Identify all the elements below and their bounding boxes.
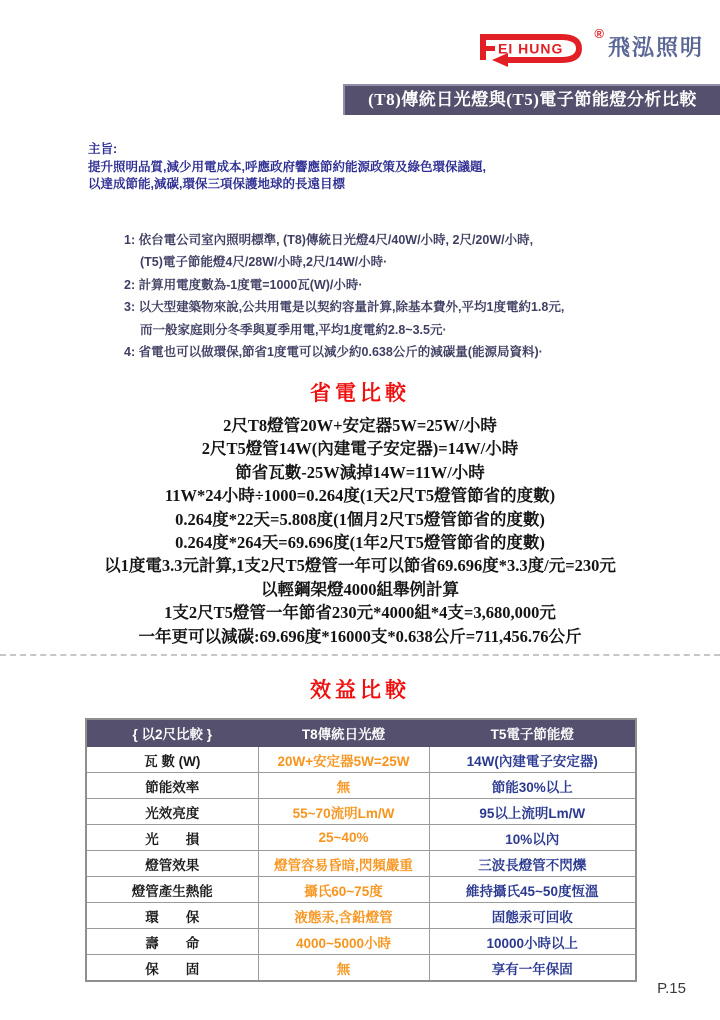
t8-value: 無: [258, 773, 429, 799]
t8-value: 20W+安定器5W=25W: [258, 747, 429, 773]
t8-value: 攝氏60~75度: [258, 877, 429, 903]
note-line: 4: 省電也可以做環保,節省1度電可以減少約0.638公斤的減碳量(能源局資料)…: [124, 341, 564, 363]
t5-value: 享有一年保固: [429, 955, 636, 982]
saving-line: 2尺T8燈管20W+安定器5W=25W/小時: [0, 414, 720, 437]
t8-value: 無: [258, 955, 429, 982]
row-label: 保 固: [86, 955, 258, 982]
benefit-comparison-title: 效益比較: [0, 674, 720, 704]
t5-value: 95以上流明Lm/W: [429, 799, 636, 825]
purpose-line: 以達成節能,減碳,環保三項保護地球的長遠目標: [88, 176, 486, 194]
table-row: 燈管效果 燈管容易昏暗,閃頻嚴重 三波長燈管不閃爍: [86, 851, 636, 877]
table-row: 壽 命 4000~5000小時 10000小時以上: [86, 929, 636, 955]
logo-text: EI HUNG: [498, 41, 563, 57]
note-line: 3: 以大型建築物來說,公共用電是以契約容量計算,除基本費外,平均1度電約1.8…: [124, 296, 564, 318]
saving-line: 以輕鋼架燈4000組舉例計算: [0, 578, 720, 601]
comparison-table: { 以2尺比較 } T8傳統日光燈 T5電子節能燈 瓦 數 (W) 20W+安定…: [85, 718, 637, 982]
header-cell-t5: T5電子節能燈: [429, 719, 636, 747]
row-label: 瓦 數 (W): [86, 747, 258, 773]
brand-logo: EI HUNG ® 飛泓照明: [475, 26, 704, 70]
table-row: 光效亮度 55~70流明Lm/W 95以上流明Lm/W: [86, 799, 636, 825]
table-row: 光 損 25~40% 10%以內: [86, 825, 636, 851]
catalog-page: EI HUNG ® 飛泓照明 (T8)傳統日光燈與(T5)電子節能燈分析比較 主…: [0, 0, 720, 1020]
t5-value: 10%以內: [429, 825, 636, 851]
t8-value: 液態汞,含鉛燈管: [258, 903, 429, 929]
purpose-label: 主旨:: [88, 141, 486, 159]
notes-section: 1: 依台電公司室內照明標準, (T8)傳統日光燈4尺/40W/小時, 2尺/2…: [124, 229, 564, 363]
table-row: 節能效率 無 節能30%以上: [86, 773, 636, 799]
note-line: 而一般家庭則分冬季與夏季用電,平均1度電約2.8~3.5元·: [124, 319, 564, 341]
t5-value: 固態汞可回收: [429, 903, 636, 929]
table-row: 瓦 數 (W) 20W+安定器5W=25W 14W(內建電子安定器): [86, 747, 636, 773]
header-cell-t8: T8傳統日光燈: [258, 719, 429, 747]
row-label: 燈管產生熱能: [86, 877, 258, 903]
fei-hung-logo-icon: EI HUNG: [475, 26, 590, 70]
page-number: P.15: [657, 980, 686, 997]
t8-value: 25~40%: [258, 825, 429, 851]
t5-value: 10000小時以上: [429, 929, 636, 955]
row-label: 光 損: [86, 825, 258, 851]
t5-value: 節能30%以上: [429, 773, 636, 799]
saving-comparison-section: 省電比較 2尺T8燈管20W+安定器5W=25W/小時 2尺T5燈管14W(內建…: [0, 377, 720, 648]
purpose-line: 提升照明品質,減少用電成本,呼應政府響應節約能源政策及綠色環保議題,: [88, 159, 486, 177]
row-label: 壽 命: [86, 929, 258, 955]
header-cell-compare-basis: { 以2尺比較 }: [86, 719, 258, 747]
table-row: 燈管產生熱能 攝氏60~75度 維持攝氏45~50度恆溫: [86, 877, 636, 903]
row-label: 燈管效果: [86, 851, 258, 877]
row-label: 環 保: [86, 903, 258, 929]
note-line: 2: 計算用電度數為-1度電=1000瓦(W)/小時·: [124, 274, 564, 296]
saving-line: 節省瓦數-25W減掉14W=11W/小時: [0, 461, 720, 484]
saving-line: 1支2尺T5燈管一年節省230元*4000組*4支=3,680,000元: [0, 601, 720, 624]
page-title: (T8)傳統日光燈與(T5)電子節能燈分析比較: [343, 84, 720, 115]
t5-value: 三波長燈管不閃爍: [429, 851, 636, 877]
table-row: 保 固 無 享有一年保固: [86, 955, 636, 982]
t5-value: 14W(內建電子安定器): [429, 747, 636, 773]
company-name: 飛泓照明: [608, 26, 704, 70]
note-line: (T5)電子節能燈4尺/28W/小時,2尺/14W/小時·: [124, 251, 564, 273]
saving-line: 以1度電3.3元計算,1支2尺T5燈管一年可以節省69.696度*3.3度/元=…: [0, 554, 720, 577]
saving-line: 一年更可以減碳:69.696度*16000支*0.638公斤=711,456.7…: [0, 625, 720, 648]
purpose-section: 主旨: 提升照明品質,減少用電成本,呼應政府響應節約能源政策及綠色環保議題, 以…: [88, 141, 486, 194]
saving-line: 2尺T5燈管14W(內建電子安定器)=14W/小時: [0, 437, 720, 460]
saving-line: 11W*24小時÷1000=0.264度(1天2尺T5燈管節省的度數): [0, 484, 720, 507]
row-label: 節能效率: [86, 773, 258, 799]
t5-value: 維持攝氏45~50度恆溫: [429, 877, 636, 903]
t8-value: 4000~5000小時: [258, 929, 429, 955]
saving-comparison-lines: 2尺T8燈管20W+安定器5W=25W/小時 2尺T5燈管14W(內建電子安定器…: [0, 414, 720, 648]
table-row: 環 保 液態汞,含鉛燈管 固態汞可回收: [86, 903, 636, 929]
t8-value: 燈管容易昏暗,閃頻嚴重: [258, 851, 429, 877]
registered-trademark-icon: ®: [594, 26, 604, 41]
saving-comparison-title: 省電比較: [0, 377, 720, 407]
table-header-row: { 以2尺比較 } T8傳統日光燈 T5電子節能燈: [86, 719, 636, 747]
t8-value: 55~70流明Lm/W: [258, 799, 429, 825]
note-line: 1: 依台電公司室內照明標準, (T8)傳統日光燈4尺/40W/小時, 2尺/2…: [124, 229, 564, 251]
saving-line: 0.264度*22天=5.808度(1個月2尺T5燈管節省的度數): [0, 508, 720, 531]
dashed-divider: [0, 654, 720, 656]
saving-line: 0.264度*264天=69.696度(1年2尺T5燈管節省的度數): [0, 531, 720, 554]
row-label: 光效亮度: [86, 799, 258, 825]
